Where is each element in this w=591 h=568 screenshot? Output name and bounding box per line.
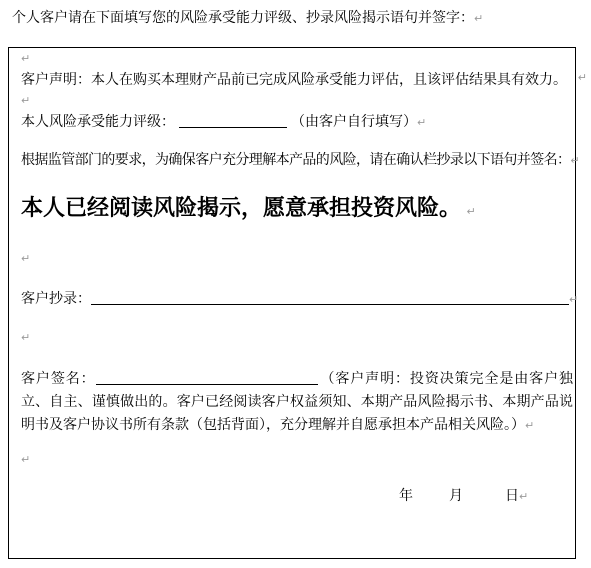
intro-text: 个人客户请在下面填写您的风险承受能力评级、抄录风险揭示语句并签字： [12,11,474,26]
instruction-text: 根据监管部门的要求，为确保客户充分理解本产品的风险，请在确认栏抄录以下语句并签名… [21,153,570,168]
rating-hint: （由客户自行填写） [291,115,417,130]
signature-paragraph: 客户签名：（客户声明：投资决策完全是由客户独立、自主、谨慎做出的。客户已经阅读客… [21,368,573,437]
rating-line: 本人风险承受能力评级：（由客户自行填写）↵ [21,111,426,131]
date-line: 年月日↵ [399,485,528,505]
customer-statement-line: 客户声明：本人在购买本理财产品前已完成风险承受能力评估，且该评估结果具有效力。 [21,69,567,89]
paragraph-mark-icon: ↵ [21,331,30,344]
date-month-label: 月 [449,485,463,505]
risk-statement-line: 本人已经阅读风险揭示，愿意承担投资风险。 ↵ [21,191,476,222]
document-page: 个人客户请在下面填写您的风险承受能力评级、抄录风险揭示语句并签字：↵ ↵ 客户声… [0,0,591,568]
paragraph-mark-icon: ↵ [569,293,578,306]
paragraph-mark-icon: ↵ [467,205,476,218]
intro-line: 个人客户请在下面填写您的风险承受能力评级、抄录风险揭示语句并签字：↵ [12,7,483,27]
date-year-label: 年 [399,485,413,505]
paragraph-mark-icon: ↵ [21,453,30,466]
copy-label: 客户抄录： [21,292,91,307]
date-day-label: 日 [505,485,519,505]
sign-label: 客户签名： [21,372,96,387]
paragraph-mark-icon: ↵ [417,116,426,129]
instruction-line: 根据监管部门的要求，为确保客户充分理解本产品的风险，请在确认栏抄录以下语句并签名… [21,149,579,169]
risk-statement-text: 本人已经阅读风险揭示，愿意承担投资风险。 [21,195,461,220]
paragraph-mark-icon: ↵ [21,94,30,107]
signature-fill-line[interactable] [96,370,318,385]
copy-line: 客户抄录：↵ [21,288,578,308]
copy-fill-line[interactable] [91,290,569,305]
rating-label: 本人风险承受能力评级： [21,115,175,130]
paragraph-mark-icon: ↵ [519,490,528,503]
paragraph-mark-icon: ↵ [474,12,483,25]
customer-statement-text: 客户声明：本人在购买本理财产品前已完成风险承受能力评估，且该评估结果具有效力。 [21,73,567,88]
paragraph-mark-icon: ↵ [578,71,587,84]
paragraph-mark-icon: ↵ [21,52,30,65]
paragraph-mark-icon: ↵ [570,154,579,167]
paragraph-mark-icon: ↵ [525,419,534,432]
rating-fill-line[interactable] [179,113,287,128]
declaration-box: ↵ 客户声明：本人在购买本理财产品前已完成风险承受能力评估，且该评估结果具有效力… [8,47,576,559]
paragraph-mark-icon: ↵ [21,252,30,265]
